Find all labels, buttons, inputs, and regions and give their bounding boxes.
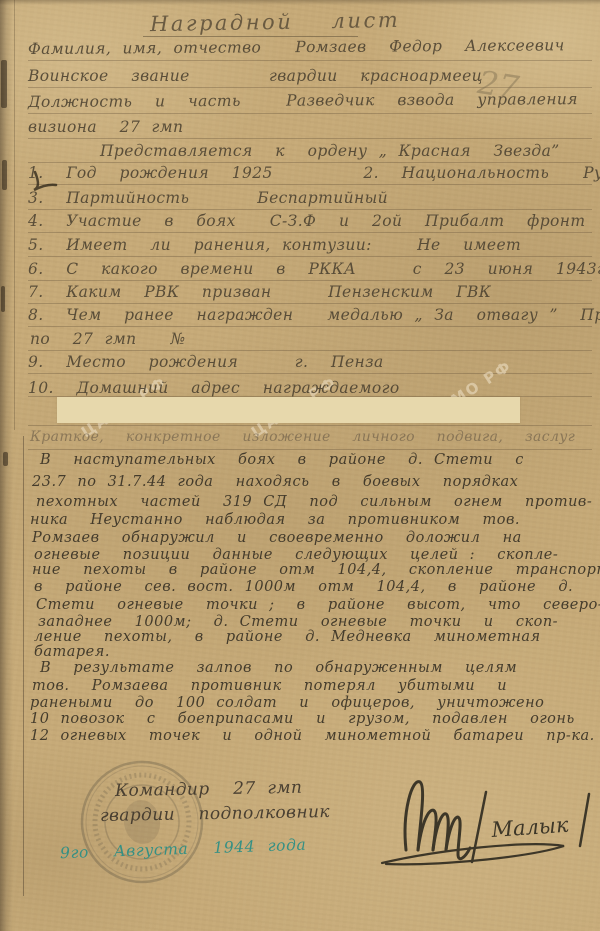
- form-item-9: 9. Место рождения г. Пенза: [28, 355, 384, 371]
- rule-line: [28, 232, 592, 233]
- form-item-8: 8. Чем ранее награжден медалью „ За отва…: [28, 308, 600, 324]
- rule-line: [28, 449, 592, 450]
- feat-section-header: Краткое, конкретное изложение личного по…: [30, 430, 575, 444]
- rule-line: [28, 113, 592, 114]
- form-item-6: 6. С какого времени в РККА с 23 июня 194…: [28, 262, 600, 278]
- pencil-tick: [32, 170, 58, 194]
- rule-line: [28, 326, 592, 327]
- signature-name: Малык: [490, 813, 570, 842]
- form-item-1-2: 1. Год рождения 1925 2. Национальность Р…: [28, 166, 600, 182]
- feat-line: ника Неустанно наблюдая за противником т…: [30, 513, 520, 528]
- form-item-7: 7. Каким РВК призван Пензенским ГВК: [28, 285, 491, 301]
- award-line: Представляется к ордену „ Красная Звезда…: [100, 144, 560, 160]
- form-item-4: 4. Участие в боях С-З.Ф и 2ой Прибалт фр…: [28, 214, 600, 230]
- pencil-note: 27: [475, 63, 521, 107]
- rule-line: [28, 162, 592, 163]
- rule-line: [28, 184, 592, 185]
- ink-blot: [3, 452, 8, 466]
- rule-line: [28, 280, 592, 281]
- feat-line: огневые позиции данные следующих целей :…: [34, 548, 558, 563]
- name-line: Фамилия, имя, отчество Ромзаев Федор Але…: [28, 38, 565, 57]
- scan-top-edge: [0, 0, 600, 5]
- feat-line: В наступательных боях в районе д. Стети …: [40, 453, 524, 468]
- document-title: Наградной лист: [150, 8, 401, 36]
- feat-line: Стети огневые точки ; в районе высот, чт…: [36, 598, 600, 613]
- feat-line: западнее 1000м; д. Стети огневые точки и…: [38, 615, 558, 630]
- feat-line: ранеными до 100 солдат и офицеров, уничт…: [30, 696, 544, 711]
- rule-line: [28, 303, 592, 304]
- commander-rank-line: гвардии подполковник: [100, 804, 330, 825]
- margin-rule: [23, 436, 24, 896]
- rule-line: [28, 350, 592, 351]
- feat-line: 10 повозок с боеприпасами и грузом, пода…: [30, 712, 575, 727]
- feat-line: в районе сев. вост. 1000м отм 104,4, в р…: [34, 580, 573, 595]
- feat-line: 23.7 по 31.7.44 года находясь в боевых п…: [32, 475, 518, 490]
- feat-line: пехотных частей 319 СД под сильным огнем…: [36, 495, 592, 510]
- rank-line: Воинское звание гвардии красноармеец: [28, 69, 483, 85]
- form-item-5: 5. Имеет ли ранения, контузии: Не имеет: [28, 238, 521, 254]
- form-item-3: 3. Партийность Беспартийный: [28, 191, 388, 207]
- title-underline: [143, 36, 358, 37]
- paper-crease: [14, 0, 15, 430]
- feat-line: В результате залпов по обнаруженным целя…: [40, 661, 517, 676]
- feat-line: батарея.: [34, 645, 110, 660]
- edge-tear-mark: [1, 60, 7, 108]
- rule-line: [28, 138, 592, 139]
- edge-tear-mark: [2, 160, 7, 190]
- form-item-10: 10. Домашний адрес награждаемого: [28, 381, 400, 397]
- rule-line: [28, 60, 592, 61]
- award-sheet-page: ЦАМО РФ ЦАМО РФ ЦАМО РФ Наградной лист Ф…: [0, 0, 600, 931]
- rule-line: [28, 256, 592, 257]
- position-line-2: визиона 27 гмп: [28, 120, 183, 136]
- edge-tear-mark: [1, 286, 5, 312]
- feat-line: ление пехоты, в районе д. Медневка мином…: [34, 630, 541, 645]
- form-item-8-cont: по 27 гмп №: [30, 332, 186, 348]
- commander-signature: Малык: [368, 762, 596, 874]
- feat-line: ние пехоты в районе отм 104,4, скопление…: [32, 563, 600, 578]
- redacted-address-bar: [57, 397, 520, 423]
- feat-line: тов. Ромзаева противник потерял убитыми …: [32, 679, 507, 694]
- feat-line: Ромзаев обнаружил и своевременно доложил…: [32, 531, 522, 546]
- commander-title-line: Командир 27 гмп: [115, 780, 303, 800]
- feat-line: 12 огневых точек и одной минометной бата…: [30, 729, 595, 744]
- rule-line: [28, 209, 592, 210]
